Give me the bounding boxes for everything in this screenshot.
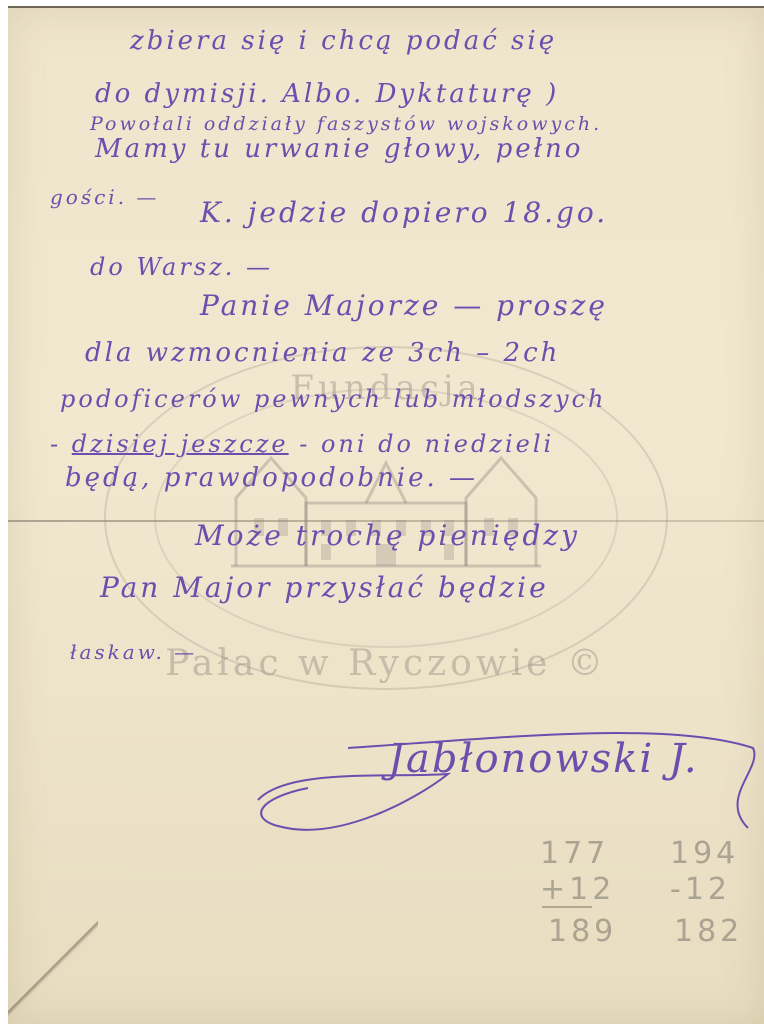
letter-line: będą, prawdopodobnie. — bbox=[65, 463, 478, 493]
letter-line: - dzisiej jeszcze - oni do niedzieli bbox=[50, 430, 554, 458]
letter-line: dla wzmocnienia ze 3ch – 2ch bbox=[85, 338, 560, 368]
letter-line: łaskaw. — bbox=[70, 640, 197, 664]
letter-line: podoficerów pewnych lub młodszych bbox=[60, 385, 606, 413]
underlined-phrase: dzisiej jeszcze bbox=[72, 430, 289, 458]
pencil-right-b: -12 bbox=[670, 872, 731, 907]
pencil-right-a: 194 bbox=[670, 836, 739, 871]
letter-line: K. jedzie dopiero 18.go. bbox=[200, 196, 608, 229]
pencil-left-b: +12 bbox=[540, 872, 615, 907]
pencil-sum-rule bbox=[542, 906, 592, 908]
letter-line: Panie Majorze — proszę bbox=[200, 289, 608, 322]
letter-page: Fundacja Pałac w Ryczowie © zbiera się bbox=[8, 6, 764, 1024]
letter-line: gości. — bbox=[50, 185, 159, 209]
letter-line: Mamy tu urwanie głowy, pełno bbox=[95, 134, 583, 164]
letter-line: do Warsz. — bbox=[90, 253, 273, 281]
letter-line: Może trochę pieniędzy bbox=[195, 519, 580, 552]
pencil-right-result: 182 bbox=[674, 914, 743, 949]
paper-corner-crease bbox=[8, 908, 98, 1024]
letter-line: zbiera się i chcą podać się bbox=[130, 26, 557, 56]
pencil-left-result: 189 bbox=[548, 914, 617, 949]
letter-line: Powołali oddziały faszystów wojskowych. bbox=[90, 113, 602, 135]
letter-line: Pan Major przysłać będzie bbox=[100, 571, 549, 604]
signature-name: Jabłonowski J. bbox=[388, 736, 699, 782]
signature: Jabłonowski J. bbox=[248, 708, 764, 848]
pencil-left-a: 177 bbox=[540, 836, 609, 871]
watermark-inner-ring bbox=[154, 388, 618, 648]
letter-line: do dymisji. Albo. Dyktaturę ) bbox=[95, 79, 559, 109]
